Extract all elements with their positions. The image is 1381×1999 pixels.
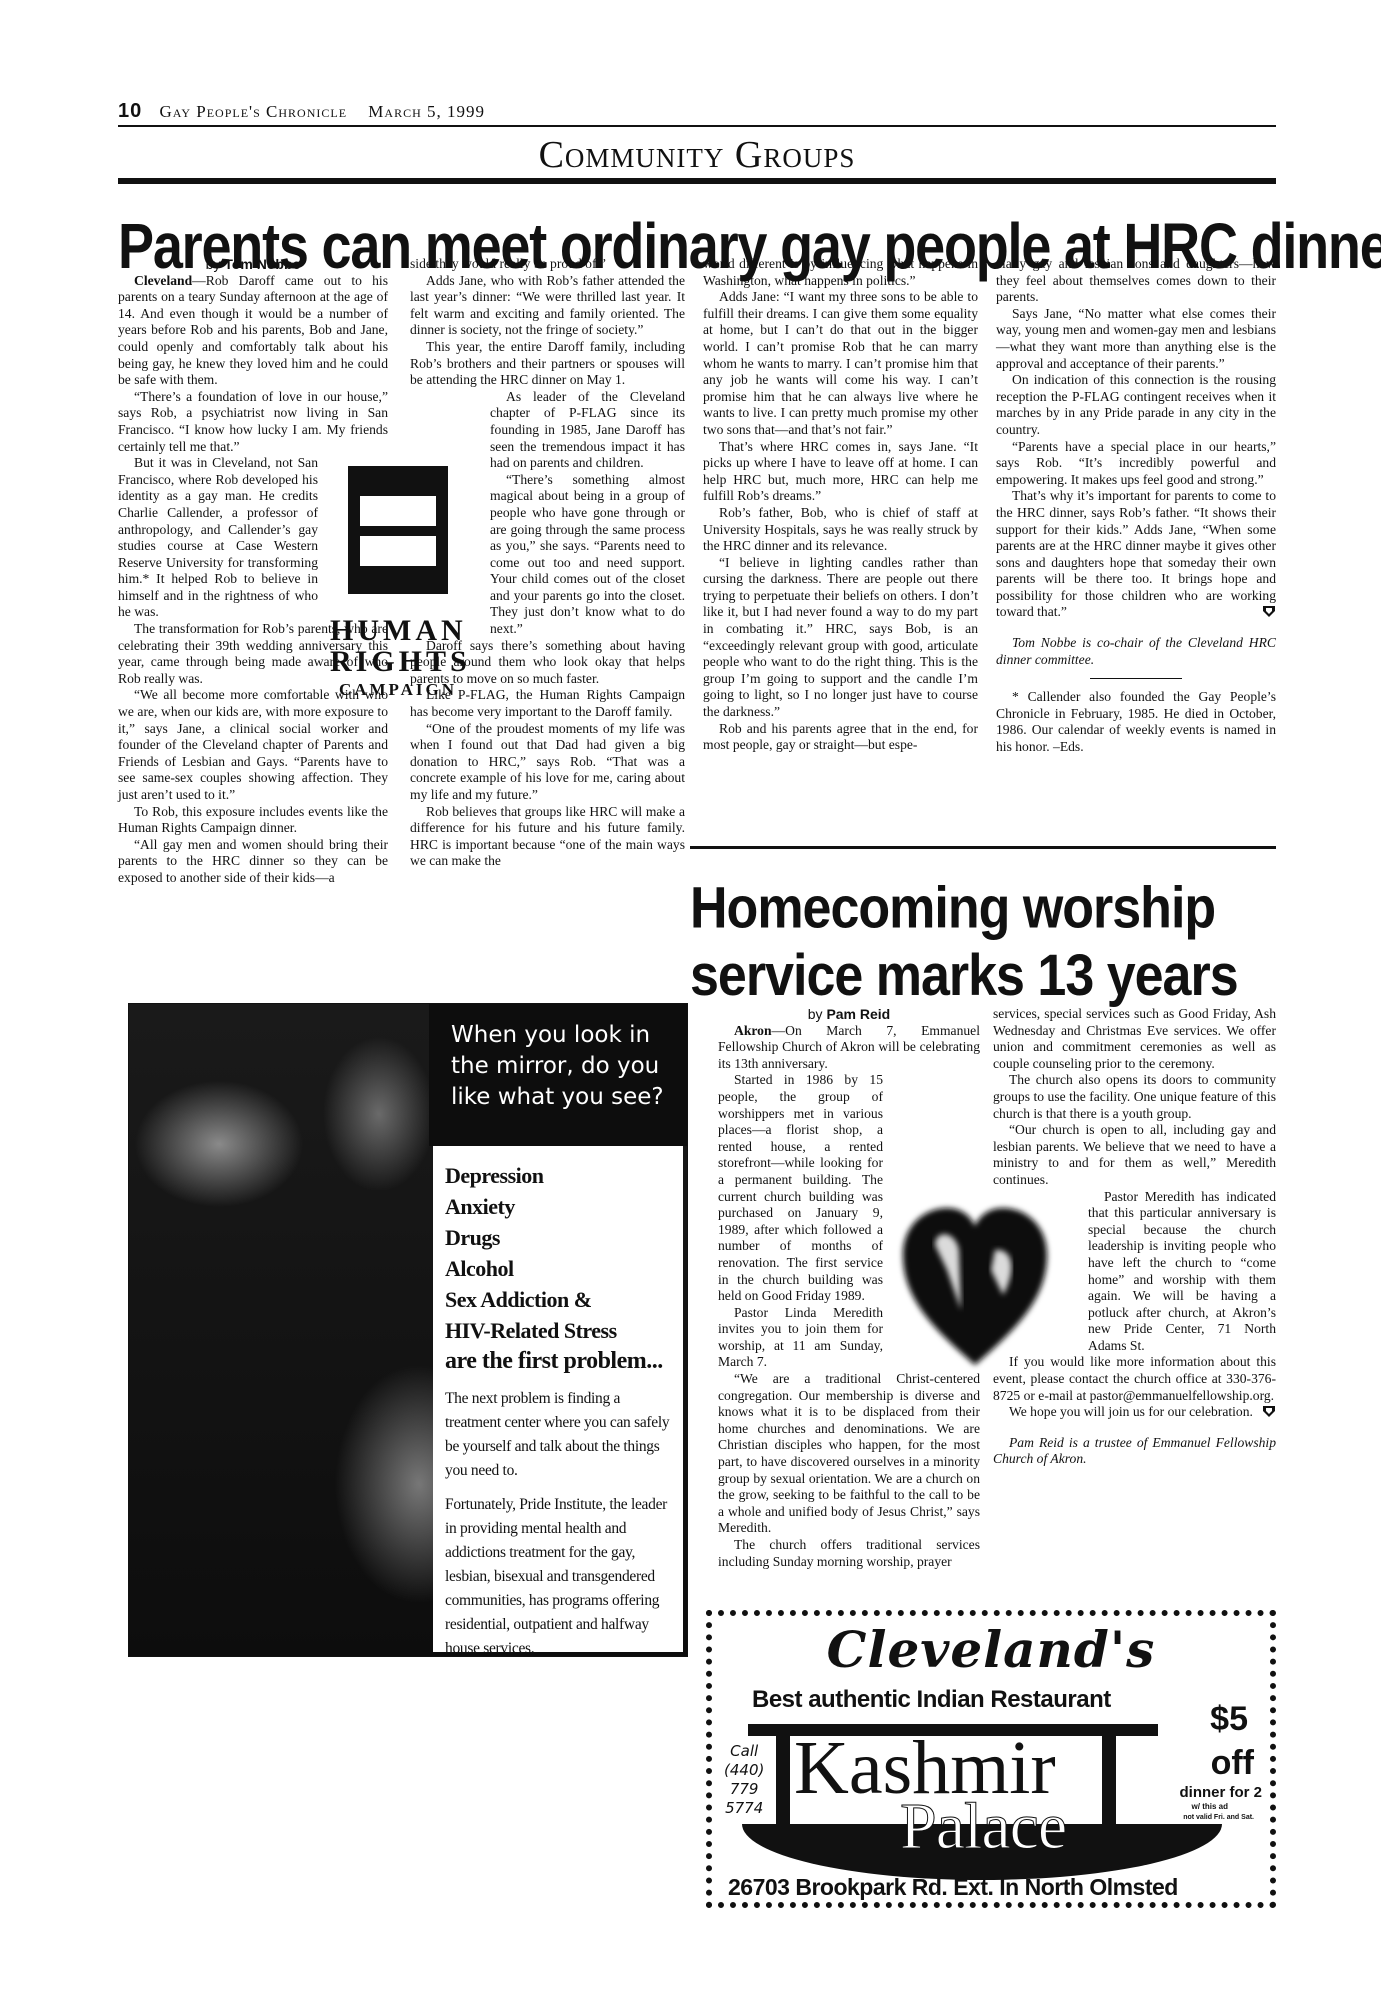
- section-rule: [118, 178, 1276, 184]
- paragraph: Adds Jane, who with Rob’s father attende…: [410, 273, 685, 339]
- dateline: Akron: [734, 1023, 772, 1038]
- restaurant-name-2: Palace: [900, 1792, 1066, 1862]
- article-divider: [690, 846, 1276, 849]
- ad-copy-panel: Depression Anxiety Drugs Alcohol Sex Add…: [433, 1146, 683, 1652]
- ad-body-2: Fortunately, Pride Institute, the leader…: [445, 1493, 673, 1657]
- ad-address: 26703 Brookpark Rd. Ext. In North Olmste…: [728, 1874, 1178, 1901]
- paragraph: “I believe in lighting candles rather th…: [703, 555, 978, 721]
- paragraph: Rob’s father, Bob, who is chief of staff…: [703, 505, 978, 555]
- paragraph: “We all become more comfortable with who…: [118, 687, 388, 803]
- paragraph: cially gay and lesbian sons and daughter…: [996, 256, 1276, 306]
- paragraph: That’s why it’s important for parents to…: [996, 488, 1276, 621]
- end-mark-icon: [1262, 604, 1276, 618]
- author-note: Pam Reid is a trustee of Emmanuel Fellow…: [993, 1435, 1276, 1468]
- end-mark-icon: [1262, 1404, 1276, 1418]
- paragraph: If you would like more information about…: [993, 1354, 1276, 1404]
- paragraph: Says Jane, “No matter what else comes th…: [996, 306, 1276, 372]
- paragraph: world different is by influencing what h…: [703, 256, 978, 289]
- article2-column-2: services, special services such as Good …: [993, 1006, 1276, 1468]
- ad-phone: Call (440) 779 5774: [724, 1742, 764, 1818]
- article1-byline: by Tom Nobbe: [118, 256, 388, 273]
- discount-exclusion: not valid Fri. and Sat.: [1183, 1814, 1254, 1821]
- publication-name: Gay People's Chronicle: [160, 102, 348, 121]
- paragraph: “One of the proudest moments of my life …: [410, 721, 685, 804]
- paragraph: Cleveland—Rob Daroff came out to his par…: [118, 273, 388, 389]
- paragraph: Daroff says there’s something about havi…: [410, 638, 685, 688]
- paragraph: side they would really be proud of.”: [410, 256, 685, 273]
- discount-condition: w/ this ad: [1192, 1802, 1228, 1811]
- paragraph: “There’s a foundation of love in our hou…: [118, 389, 388, 455]
- paragraph: Rob and his parents agree that in the en…: [703, 721, 978, 754]
- footnote-divider: [1090, 678, 1182, 679]
- author-note: Tom Nobbe is co-chair of the Cleveland H…: [996, 635, 1276, 668]
- article1-column-3: world different is by influencing what h…: [703, 256, 978, 754]
- paragraph: As leader of the Cleveland chapter of P-…: [490, 389, 685, 472]
- paragraph: That’s where HRC comes in, says Jane. “I…: [703, 439, 978, 505]
- paragraph: Pastor Meredith has indicated that this …: [1088, 1189, 1276, 1355]
- paragraph: Adds Jane: “I want my three sons to be a…: [703, 289, 978, 438]
- paragraph: To Rob, this exposure includes events li…: [118, 804, 388, 837]
- paragraph: But it was in Cleveland, not San Francis…: [118, 455, 318, 621]
- paragraph: services, special services such as Good …: [993, 1006, 1276, 1072]
- paragraph: “We are a traditional Christ-centered co…: [718, 1371, 980, 1537]
- ad-tagline: When you look in the mirror, do you like…: [429, 1004, 687, 1146]
- discount-amount: $5: [1210, 1700, 1248, 1739]
- article2-headline: Homecoming worship service marks 13 year…: [690, 875, 1280, 1009]
- paragraph: On indication of this connection is the …: [996, 372, 1276, 438]
- top-rule: [118, 125, 1276, 127]
- paragraph: “Parents have a special place in our hea…: [996, 439, 1276, 489]
- paragraph: “There’s something almost magical about …: [490, 472, 685, 638]
- folio-line: 10 Gay People's Chronicle March 5, 1999: [118, 100, 501, 123]
- discount-word: off: [1211, 1744, 1254, 1783]
- article1-column-2: side they would really be proud of.” Add…: [410, 256, 685, 870]
- ad-script-title: Cleveland's: [712, 1620, 1270, 1679]
- ad-body-1: The next problem is finding a treatment …: [445, 1387, 673, 1483]
- paragraph: The church also opens its doors to commu…: [993, 1072, 1276, 1122]
- footnote: * Callender also founded the Gay People’…: [996, 689, 1276, 755]
- paragraph: We hope you will join us for our celebra…: [993, 1404, 1276, 1421]
- paragraph: Rob believes that groups like HRC will m…: [410, 804, 685, 870]
- paragraph: Akron—On March 7, Emmanuel Fellowship Ch…: [718, 1023, 980, 1073]
- problem-list: Depression Anxiety Drugs Alcohol Sex Add…: [445, 1160, 673, 1377]
- discount-detail: dinner for 2: [1179, 1784, 1262, 1801]
- paragraph: The church offers traditional services i…: [718, 1537, 980, 1570]
- article2-byline: by Pam Reid: [718, 1006, 980, 1023]
- dateline: Cleveland: [134, 273, 192, 288]
- paragraph: Pastor Linda Meredith invites you to joi…: [718, 1305, 883, 1371]
- paragraph: Started in 1986 by 15 people, the group …: [718, 1072, 883, 1304]
- article1-column-4: cially gay and lesbian sons and daughter…: [996, 256, 1276, 756]
- paragraph: “Our church is open to all, including ga…: [993, 1122, 1276, 1188]
- paragraph: Like P-FLAG, the Human Rights Campaign h…: [410, 687, 685, 720]
- issue-date: March 5, 1999: [368, 102, 485, 121]
- page-number: 10: [118, 100, 142, 122]
- kashmir-palace-ad: Cleveland's Best authentic Indian Restau…: [706, 1610, 1276, 1908]
- section-title: Community Groups: [118, 133, 1276, 177]
- pride-institute-ad: When you look in the mirror, do you like…: [128, 1003, 688, 1657]
- ad-tagline: Best authentic Indian Restaurant: [752, 1686, 1111, 1714]
- paragraph: “All gay men and women should bring thei…: [118, 837, 388, 887]
- paragraph: This year, the entire Daroff family, inc…: [410, 339, 685, 389]
